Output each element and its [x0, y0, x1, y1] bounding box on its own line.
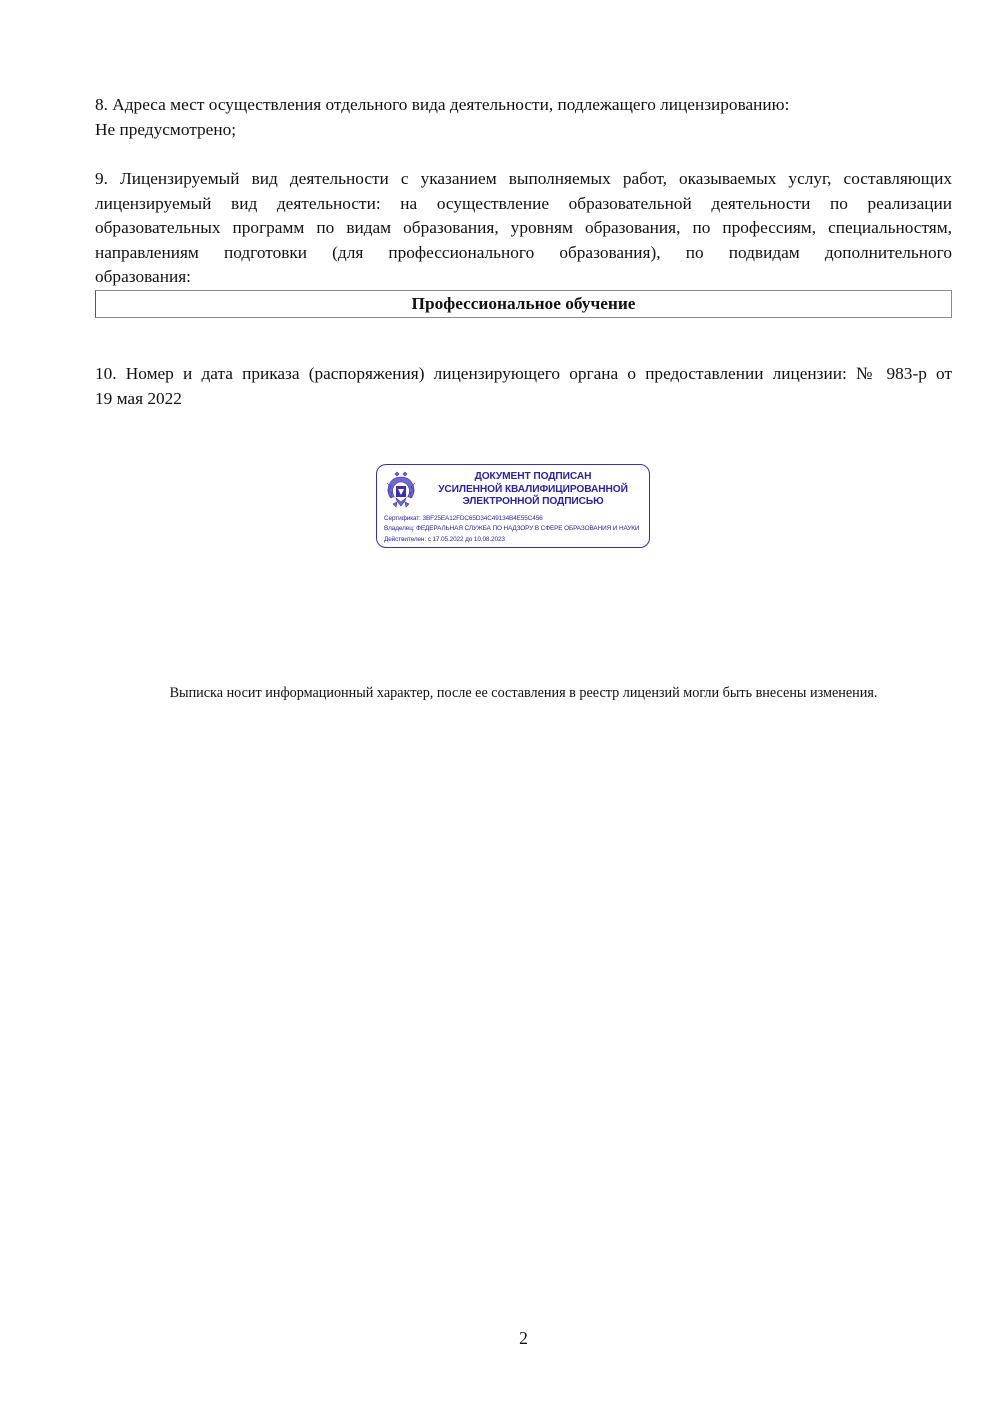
section-9-line: направлениям подготовки (для профессиона… — [95, 241, 952, 266]
stamp-details: Сертификат: 3BF25EA12FDC65D34C49134B4E55… — [384, 514, 648, 545]
section-9-line: образования: — [95, 265, 952, 290]
licensed-activity-cell: Профессиональное обучение — [95, 290, 952, 318]
section-9: 9. Лицензируемый вид деятельности с указ… — [95, 167, 952, 290]
stamp-certificate: Сертификат: 3BF25EA12FDC65D34C49134B4E55… — [384, 514, 648, 524]
section-9-line: 9. Лицензируемый вид деятельности с указ… — [95, 167, 952, 192]
section-9-line: образовательных программ по видам образо… — [95, 216, 952, 241]
section-10-line: 19 мая 2022 — [95, 387, 952, 412]
section-10-line: 10. Номер и дата приказа (распоряжения) … — [95, 362, 952, 387]
stamp-owner: Владелец: ФЕДЕРАЛЬНАЯ СЛУЖБА ПО НАДЗОРУ … — [384, 524, 648, 534]
section-8-value: Не предусмотрено; — [95, 118, 952, 143]
section-9-line: лицензируемый вид деятельности: на осуще… — [95, 192, 952, 217]
stamp-title: ДОКУМЕНТ ПОДПИСАН УСИЛЕННОЙ КВАЛИФИЦИРОВ… — [421, 471, 645, 509]
section-8: 8. Адреса мест осуществления отдельного … — [95, 93, 952, 142]
page-number: 2 — [0, 1328, 1000, 1349]
russian-coat-of-arms-icon — [385, 471, 417, 509]
section-10: 10. Номер и дата приказа (распоряжения) … — [95, 362, 952, 411]
stamp-title-line: ДОКУМЕНТ ПОДПИСАН — [421, 471, 645, 484]
document-page: 8. Адреса мест осуществления отдельного … — [0, 0, 1000, 1413]
stamp-title-line: ЭЛЕКТРОННОЙ ПОДПИСЬЮ — [421, 496, 645, 509]
section-8-heading: 8. Адреса мест осуществления отдельного … — [95, 93, 952, 118]
disclaimer-note: Выписка носит информационный характер, п… — [0, 683, 1000, 703]
licensed-activity-label: Профессиональное обучение — [412, 294, 636, 314]
electronic-signature-stamp: ДОКУМЕНТ ПОДПИСАН УСИЛЕННОЙ КВАЛИФИЦИРОВ… — [376, 464, 650, 548]
stamp-validity: Действителен: с 17.05.2022 до 10.08.2023 — [384, 535, 648, 545]
stamp-title-line: УСИЛЕННОЙ КВАЛИФИЦИРОВАННОЙ — [421, 484, 645, 497]
